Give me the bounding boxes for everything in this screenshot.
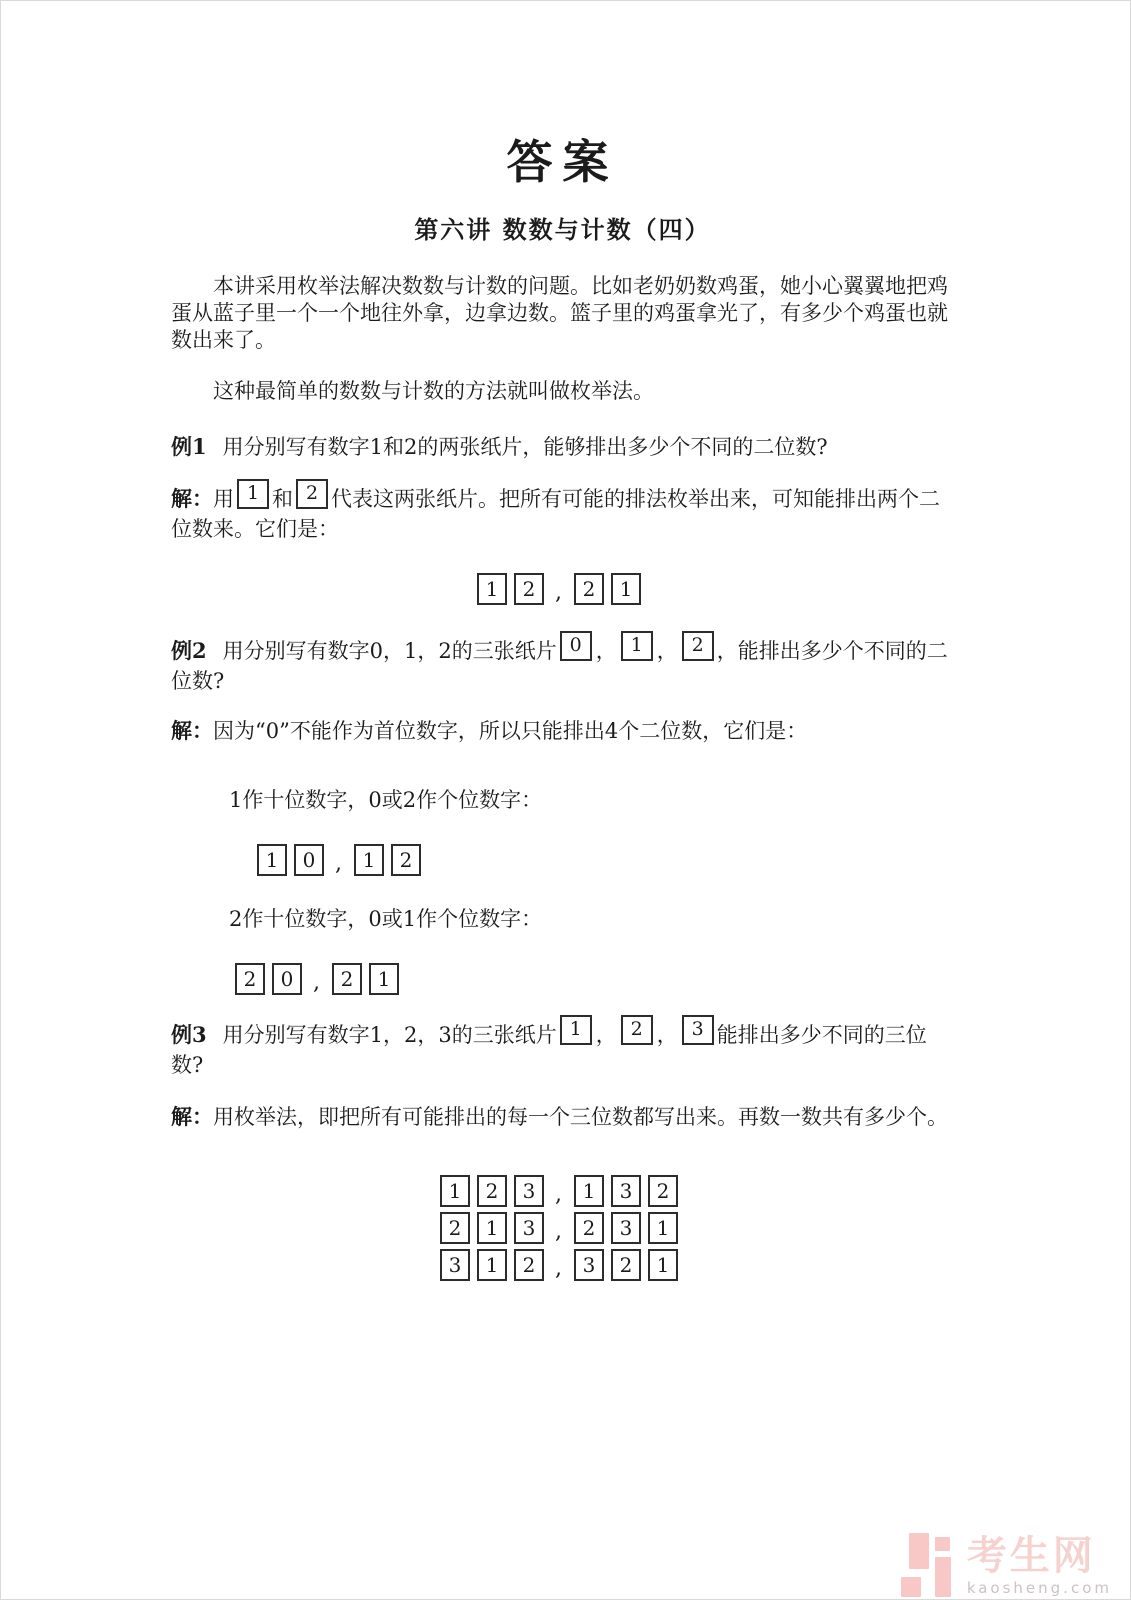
digit-card: 2 (440, 1212, 470, 1244)
digit-card: 3 (611, 1212, 641, 1244)
digit-card: 1 (574, 1175, 604, 1207)
solution-label: 解： (171, 718, 213, 743)
example2-question-seg1: 用分别写有数字0，1，2的三张纸片 (223, 639, 557, 663)
digit-card: 1 (648, 1249, 678, 1281)
comma-separator: , (335, 853, 342, 875)
example1-question-text: 用分别写有数字1和2的两张纸片，能够排出多少个不同的二位数? (223, 435, 828, 459)
digit-card: 3 (611, 1175, 641, 1207)
comma-separator: , (555, 582, 562, 604)
digit-card: 1 (611, 573, 641, 605)
digit-card: 2 (477, 1175, 507, 1207)
example3-solution: 解：用枚举法，即把所有可能排出的每一个三位数都写出来。再数一数共有多少个。 (171, 1103, 954, 1131)
digit-card: 0 (272, 963, 302, 995)
digit-card: 1 (354, 844, 384, 876)
grid-row: 1 2 3 , 1 3 2 (440, 1175, 685, 1207)
digit-card: 2 (391, 844, 421, 876)
logo-block (935, 1557, 951, 1597)
digit-card: 3 (682, 1015, 714, 1045)
digit-card: 3 (514, 1175, 544, 1207)
digit-card: 2 (574, 1212, 604, 1244)
digit-card: 1 (477, 1212, 507, 1244)
intro-paragraph-2: 这种最简单的数数与计数的方法就叫做枚举法。 (171, 378, 954, 405)
logo-block (901, 1577, 921, 1597)
example3-label: 例3 (171, 1022, 207, 1047)
intro-paragraph-1-text: 本讲采用枚举法解决数数与计数的问题。比如老奶奶数鸡蛋，她小心翼翼地把鸡蛋从蓝子里… (171, 274, 948, 352)
document-content: 答案 第六讲 数数与计数（四） 本讲采用枚举法解决数数与计数的问题。比如老奶奶数… (1, 1, 1130, 1286)
comma-separator: , (555, 1184, 562, 1206)
example3-question-seg1: 用分别写有数字1，2，3的三张纸片 (223, 1023, 557, 1047)
digit-card: 1 (237, 479, 269, 509)
page-title: 答案 (171, 134, 954, 192)
watermark-domain: kaosheng.com (967, 1579, 1112, 1597)
example3-question: 例3用分别写有数字1，2，3的三张纸片1，2，3能排出多少不同的三位数? (171, 1021, 954, 1079)
digit-card: 1 (648, 1212, 678, 1244)
digit-card: 1 (621, 631, 653, 661)
example1-solution-seg1: 用 (213, 487, 234, 511)
watermark-site-name: 考生网 (967, 1536, 1112, 1576)
digit-card: 2 (296, 479, 328, 509)
comma-separator: , (555, 1258, 562, 1280)
digit-card: 1 (560, 1015, 592, 1045)
example3-answer-grid: 1 2 3 , 1 3 2 2 1 3 , 2 3 1 3 1 2 , (171, 1175, 954, 1286)
example1-label: 例1 (171, 434, 207, 459)
example2-case1-label: 1作十位数字，0或2作个位数字： (229, 787, 954, 814)
solution-label: 解： (171, 1104, 213, 1129)
document-page: 答案 第六讲 数数与计数（四） 本讲采用枚举法解决数数与计数的问题。比如老奶奶数… (0, 0, 1131, 1600)
intro-paragraph-2-text: 这种最简单的数数与计数的方法就叫做枚举法。 (213, 379, 654, 403)
watermark-text: 考生网 kaosheng.com (967, 1536, 1112, 1597)
example2-label: 例2 (171, 638, 207, 663)
digit-card: 2 (574, 573, 604, 605)
kaosheng-logo-icon (901, 1533, 957, 1597)
digit-card: 2 (611, 1249, 641, 1281)
solution-label: 解： (171, 486, 213, 511)
comma-separator: , (555, 1221, 562, 1243)
digit-card: 3 (574, 1249, 604, 1281)
logo-block (909, 1533, 929, 1569)
example1-answer-row: 1 2 , 2 1 (171, 573, 954, 605)
digit-card: 1 (440, 1175, 470, 1207)
kaosheng-watermark: 考生网 kaosheng.com (901, 1533, 1112, 1597)
example1-solution-seg2: 和 (272, 487, 293, 511)
digit-card: 2 (682, 631, 714, 661)
card-separator: ， (657, 1023, 678, 1047)
example2-case2-text: 2作十位数字，0或1作个位数字： (229, 907, 542, 931)
logo-block (935, 1537, 950, 1551)
digit-card: 1 (257, 844, 287, 876)
lecture-subtitle: 第六讲 数数与计数（四） (171, 214, 954, 245)
comma-separator: , (313, 972, 320, 994)
digit-card: 2 (514, 1249, 544, 1281)
digit-card: 2 (648, 1175, 678, 1207)
example3-solution-text: 用枚举法，即把所有可能排出的每一个三位数都写出来。再数一数共有多少个。 (213, 1105, 948, 1129)
digit-card: 3 (514, 1212, 544, 1244)
digit-card: 1 (369, 963, 399, 995)
example1-question: 例1用分别写有数字1和2的两张纸片，能够排出多少个不同的二位数? (171, 433, 954, 461)
card-separator: ， (596, 1023, 617, 1047)
digit-card: 2 (235, 963, 265, 995)
example2-solution-text: 因为“0”不能作为首位数字，所以只能排出4个二位数，它们是： (213, 719, 807, 743)
digit-card: 1 (477, 573, 507, 605)
digit-card: 2 (621, 1015, 653, 1045)
grid-row: 3 1 2 , 3 2 1 (440, 1249, 685, 1281)
intro-paragraph-1: 本讲采用枚举法解决数数与计数的问题。比如老奶奶数鸡蛋，她小心翼翼地把鸡蛋从蓝子里… (171, 273, 954, 354)
digit-card: 2 (332, 963, 362, 995)
example2-case1-text: 1作十位数字，0或2作个位数字： (229, 788, 542, 812)
card-separator: ， (657, 639, 678, 663)
example1-solution: 解：用1和2代表这两张纸片。把所有可能的排法枚举出来，可知能排出两个二位数来。它… (171, 485, 954, 543)
card-separator: ， (596, 639, 617, 663)
example2-question: 例2用分别写有数字0，1，2的三张纸片0，1，2，能排出多少个不同的二位数? (171, 637, 954, 695)
digit-card: 0 (294, 844, 324, 876)
digit-card: 0 (560, 631, 592, 661)
digit-card: 2 (514, 573, 544, 605)
example2-case2-answer-row: 2 0 , 2 1 (235, 963, 954, 995)
digit-card: 1 (477, 1249, 507, 1281)
example2-case2-label: 2作十位数字，0或1作个位数字： (229, 906, 954, 933)
example2-solution: 解：因为“0”不能作为首位数字，所以只能排出4个二位数，它们是： (171, 717, 954, 745)
example2-case1-answer-row: 1 0 , 1 2 (257, 844, 954, 876)
digit-card: 3 (440, 1249, 470, 1281)
grid-row: 2 1 3 , 2 3 1 (440, 1212, 685, 1244)
